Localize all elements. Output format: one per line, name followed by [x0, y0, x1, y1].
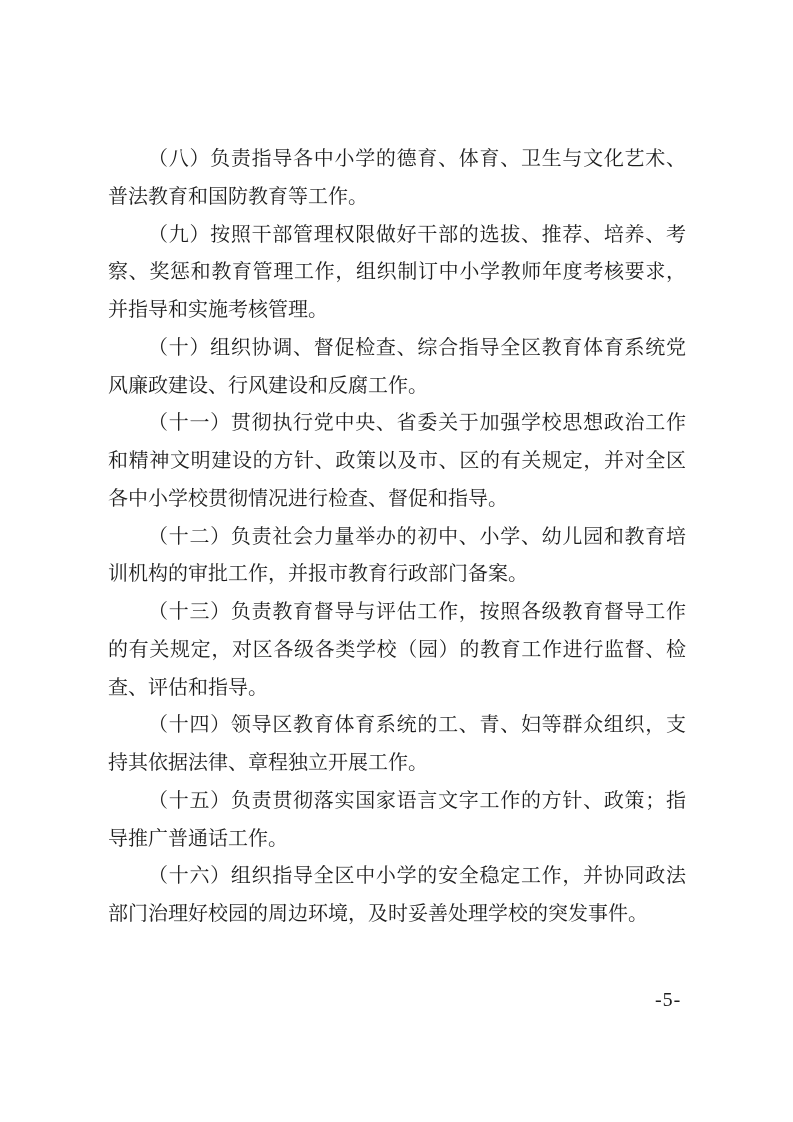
document-body: （八）负责指导各中小学的德育、体育、卫生与文化艺术、普法教育和国防教育等工作。 …: [108, 141, 686, 934]
paragraph-item-16: （十六）组织指导全区中小学的安全稳定工作，并协同政法部门治理好校园的周边环境，及…: [108, 858, 686, 934]
paragraph-item-11: （十一）贯彻执行党中央、省委关于加强学校思想政治工作和精神文明建设的方针、政策以…: [108, 405, 686, 518]
page-number: -5-: [655, 988, 681, 1012]
paragraph-item-12: （十二）负责社会力量举办的初中、小学、幼儿园和教育培训机构的审批工作，并报市教育…: [108, 519, 686, 595]
paragraph-item-13: （十三）负责教育督导与评估工作，按照各级教育督导工作的有关规定，对区各级各类学校…: [108, 594, 686, 707]
paragraph-item-9: （九）按照干部管理权限做好干部的选拔、推荐、培养、考察、奖惩和教育管理工作，组织…: [108, 217, 686, 330]
paragraph-item-10: （十）组织协调、督促检查、综合指导全区教育体育系统党风廉政建设、行风建设和反腐工…: [108, 330, 686, 406]
paragraph-item-14: （十四）领导区教育体育系统的工、青、妇等群众组织，支持其依据法律、章程独立开展工…: [108, 707, 686, 783]
paragraph-item-15: （十五）负责贯彻落实国家语言文字工作的方针、政策；指导推广普通话工作。: [108, 783, 686, 859]
paragraph-item-8: （八）负责指导各中小学的德育、体育、卫生与文化艺术、普法教育和国防教育等工作。: [108, 141, 686, 217]
document-page: （八）负责指导各中小学的德育、体育、卫生与文化艺术、普法教育和国防教育等工作。 …: [0, 0, 793, 1122]
